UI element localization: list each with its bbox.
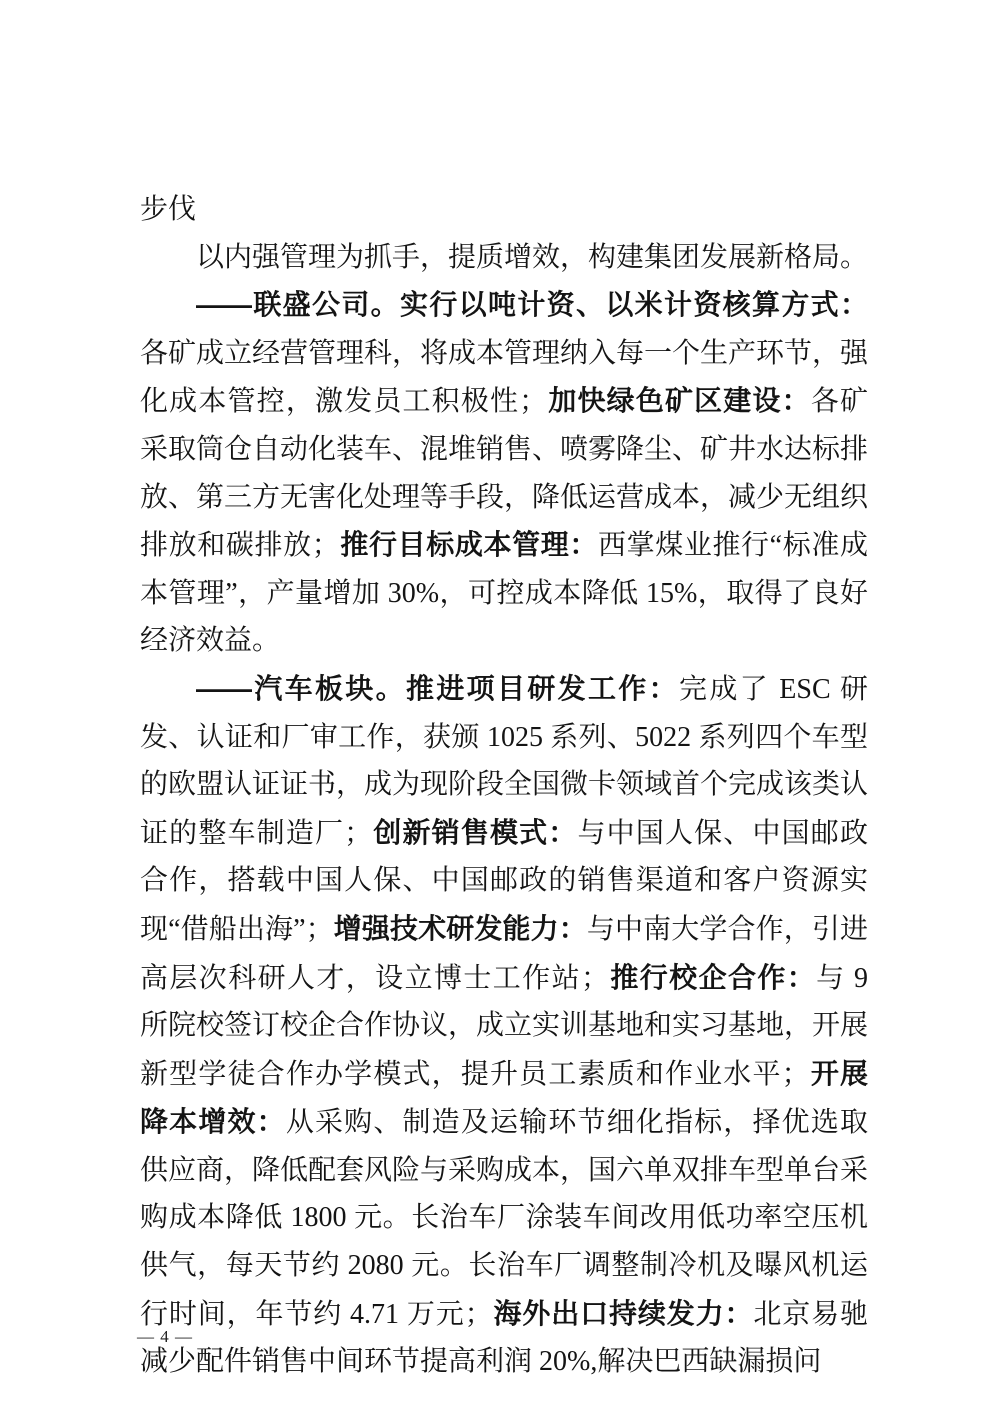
bold-text-run: ——联盛公司。实行以吨计资、以米计资核算方式：	[196, 289, 868, 320]
page-number: — 4 —	[137, 1327, 193, 1347]
bold-text-run: 推行校企合作：	[609, 962, 816, 993]
bold-text-run: 创新销售模式：	[372, 817, 577, 848]
document-body: 步伐以内强管理为抓手，提质增效，构建集团发展新格局。——联盛公司。实行以吨计资、…	[140, 186, 868, 1386]
bold-text-run: 加快绿色矿区建设：	[547, 385, 811, 416]
text-run: 以内强管理为抓手，提质增效，构建集团发展新格局。	[196, 242, 868, 273]
document-page: 步伐以内强管理为抓手，提质增效，构建集团发展新格局。——联盛公司。实行以吨计资、…	[0, 0, 1000, 1414]
bold-text-run: 增强技术研发能力：	[334, 913, 587, 944]
paragraph: ——汽车板块。推进项目研发工作：完成了 ESC 研发、认证和厂审工作，获颁 10…	[140, 665, 868, 1386]
bold-text-run: ——汽车板块。推进项目研发工作：	[196, 673, 679, 704]
bold-text-run: 推行目标成本管理：	[340, 529, 598, 560]
paragraph: 步伐	[140, 186, 868, 234]
paragraph: 以内强管理为抓手，提质增效，构建集团发展新格局。	[140, 234, 868, 282]
text-run: 从采购、制造及运输环节细化指标，择优选取供应商，降低配套风险与采购成本，国六单双…	[140, 1107, 868, 1329]
paragraph: ——联盛公司。实行以吨计资、以米计资核算方式：各矿成立经营管理科，将成本管理纳入…	[140, 281, 868, 665]
text-run: 步伐	[140, 194, 196, 225]
bold-text-run: 海外出口持续发力：	[493, 1298, 754, 1329]
